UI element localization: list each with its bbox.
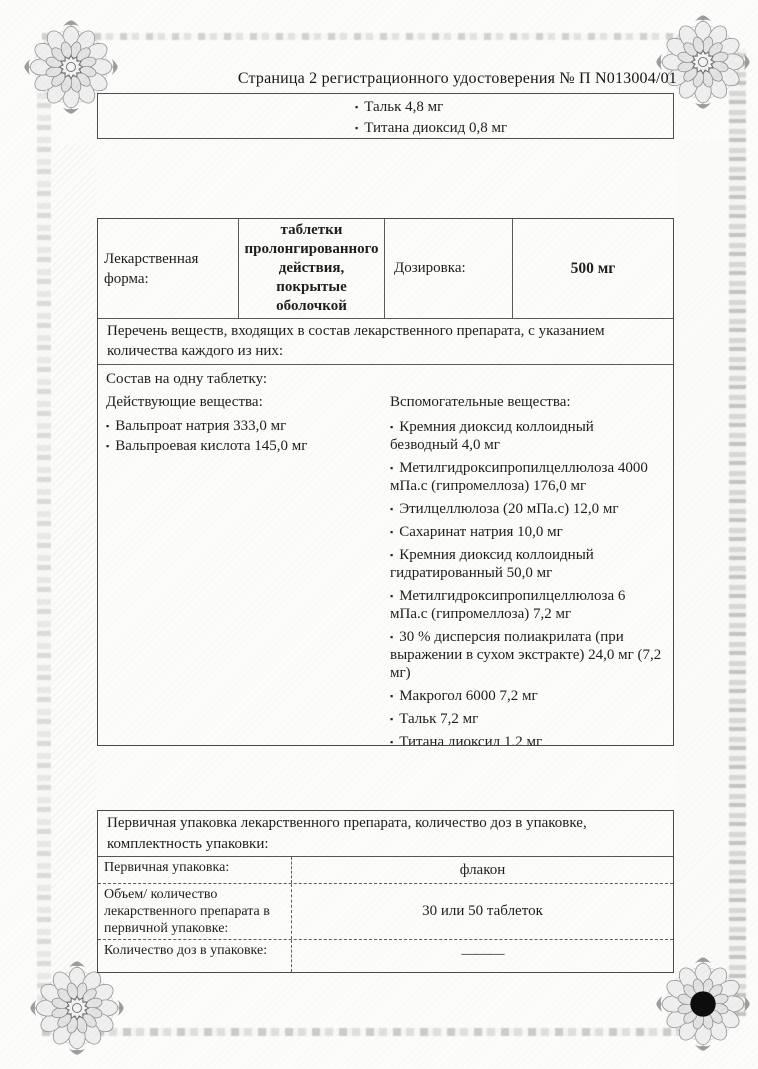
item-text: Кремния диоксид коллоидный безводный 4,0… xyxy=(390,419,594,453)
dosage-value-cell: 500 мг xyxy=(513,219,673,318)
item-text: Макрогол 6000 7,2 мг xyxy=(399,688,538,704)
value-text: 30 или 50 таблеток xyxy=(422,903,543,920)
excipient-item: ▪Сахаринат натрия 10,0 мг xyxy=(390,523,662,541)
excipients-title: Вспомогательные вещества: xyxy=(390,392,662,413)
composition-cell: Состав на одну таблетку: Действующие вещ… xyxy=(98,365,673,745)
item-text: Тальк 7,2 мг xyxy=(399,711,478,727)
bullet-icon: ▪ xyxy=(106,437,109,456)
excipient-item: ▪Кремния диоксид коллоидный безводный 4,… xyxy=(390,418,662,454)
item-text: Кремния диоксид коллоидный гидратированн… xyxy=(390,547,594,581)
excipient-item: ▪30 % дисперсия полиакрилата (при выраже… xyxy=(390,628,662,682)
page-header: Страница 2 регистрационного удостоверени… xyxy=(97,70,677,88)
bullet-icon: ▪ xyxy=(390,418,393,436)
substances-note: Перечень веществ, входящих в состав лека… xyxy=(98,319,673,365)
dosage-label: Дозировка: xyxy=(394,260,466,277)
table-row: Количество доз в упаковке: ——— xyxy=(98,940,673,972)
form-value: таблетки пролонгированного действия, пок… xyxy=(242,221,381,316)
bullet-icon: ▪ xyxy=(390,587,393,605)
dosage-label-cell: Дозировка: xyxy=(385,219,513,318)
bullet-icon: ▪ xyxy=(355,97,358,118)
active-substances-title: Действующие вещества: xyxy=(106,392,384,413)
bullet-icon: ▪ xyxy=(390,500,393,518)
active-substances-column: Действующие вещества: ▪Вальпроат натрия … xyxy=(106,392,384,745)
form-label: Лекарственная форма: xyxy=(104,249,232,289)
list-item: ▪Тальк 4,8 мг xyxy=(355,97,673,118)
border-band-right xyxy=(729,48,746,1016)
black-dot xyxy=(690,991,715,1016)
excipient-item: ▪Этилцеллюлоза (20 мПа.с) 12,0 мг xyxy=(390,500,662,518)
table-row: Первичная упаковка: флакон xyxy=(98,857,673,884)
item-text: 30 % дисперсия полиакрилата (при выражен… xyxy=(390,629,661,681)
composition-columns: Действующие вещества: ▪Вальпроат натрия … xyxy=(106,392,665,745)
bullet-icon: ▪ xyxy=(390,523,393,541)
margin-hatch-right xyxy=(677,140,728,1018)
item-text: Титана диоксид 1,2 мг xyxy=(399,734,542,745)
bullet-icon: ▪ xyxy=(390,710,393,728)
border-band-left xyxy=(37,58,51,1010)
packaging-title: Первичная упаковка лекарственного препар… xyxy=(98,811,673,857)
empty-value-dash: ——— xyxy=(462,946,504,963)
excipient-item: ▪Метилгидроксипропилцеллюлоза 4000 мПа.с… xyxy=(390,459,662,495)
list-item: ▪Титана диоксид 0,8 мг xyxy=(355,118,673,139)
excipients-column: Вспомогательные вещества: ▪Кремния диокс… xyxy=(390,392,662,745)
coating-components-box: ▪Тальк 4,8 мг ▪Титана диоксид 0,8 мг xyxy=(97,93,674,139)
primary-package-value: флакон xyxy=(292,857,673,883)
item-text: Сахаринат натрия 10,0 мг xyxy=(399,524,563,540)
form-dosage-row: Лекарственная форма: таблетки пролонгиро… xyxy=(98,219,673,319)
volume-value: 30 или 50 таблеток xyxy=(292,884,673,939)
item-text: Вальпроат натрия 333,0 мг xyxy=(115,418,286,434)
bullet-icon: ▪ xyxy=(390,733,393,745)
border-band-top xyxy=(42,33,716,40)
bullet-icon: ▪ xyxy=(390,459,393,477)
doses-value: ——— xyxy=(292,940,673,972)
excipient-item: ▪Метилгидроксипропилцеллюлоза 6 мПа.с (г… xyxy=(390,587,662,623)
excipient-item: ▪Титана диоксид 1,2 мг xyxy=(390,733,662,745)
excipient-item: ▪Кремния диоксид коллоидный гидратирован… xyxy=(390,546,662,582)
doses-label: Количество доз в упаковке: xyxy=(98,940,292,972)
guilloche-rosette-icon xyxy=(29,960,125,1056)
excipient-item: ▪Макрогол 6000 7,2 мг xyxy=(390,687,662,705)
list-item-text: Тальк 4,8 мг xyxy=(364,99,443,115)
bullet-icon: ▪ xyxy=(355,118,358,139)
bullet-icon: ▪ xyxy=(390,628,393,646)
border-band-bottom xyxy=(42,1028,716,1036)
list-item-text: Титана диоксид 0,8 мг xyxy=(364,120,507,136)
item-text: Этилцеллюлоза (20 мПа.с) 12,0 мг xyxy=(399,501,618,517)
document-page: Страница 2 регистрационного удостоверени… xyxy=(0,0,758,1069)
packaging-table: Первичная упаковка лекарственного препар… xyxy=(97,810,674,973)
bullet-icon: ▪ xyxy=(106,417,109,436)
dosage-form-table: Лекарственная форма: таблетки пролонгиро… xyxy=(97,218,674,746)
form-label-cell: Лекарственная форма: xyxy=(98,219,239,318)
volume-label: Объем/ количество лекарственного препара… xyxy=(98,884,292,939)
primary-package-label: Первичная упаковка: xyxy=(98,857,292,883)
margin-hatch-left xyxy=(52,145,96,1015)
dosage-value: 500 мг xyxy=(571,260,616,278)
item-text: Метилгидроксипропилцеллюлоза 6 мПа.с (ги… xyxy=(390,588,625,622)
item-text: Метилгидроксипропилцеллюлоза 4000 мПа.с … xyxy=(390,460,648,494)
bullet-icon: ▪ xyxy=(390,687,393,705)
composition-title: Состав на одну таблетку: xyxy=(106,369,665,390)
table-row: Объем/ количество лекарственного препара… xyxy=(98,884,673,940)
value-text: флакон xyxy=(460,862,506,879)
item-text: Вальпроевая кислота 145,0 мг xyxy=(115,438,307,454)
bullet-icon: ▪ xyxy=(390,546,393,564)
active-substance-item: ▪Вальпроевая кислота 145,0 мг xyxy=(106,437,384,456)
active-substance-item: ▪Вальпроат натрия 333,0 мг xyxy=(106,417,384,436)
form-value-cell: таблетки пролонгированного действия, пок… xyxy=(239,219,385,318)
excipient-item: ▪Тальк 7,2 мг xyxy=(390,710,662,728)
